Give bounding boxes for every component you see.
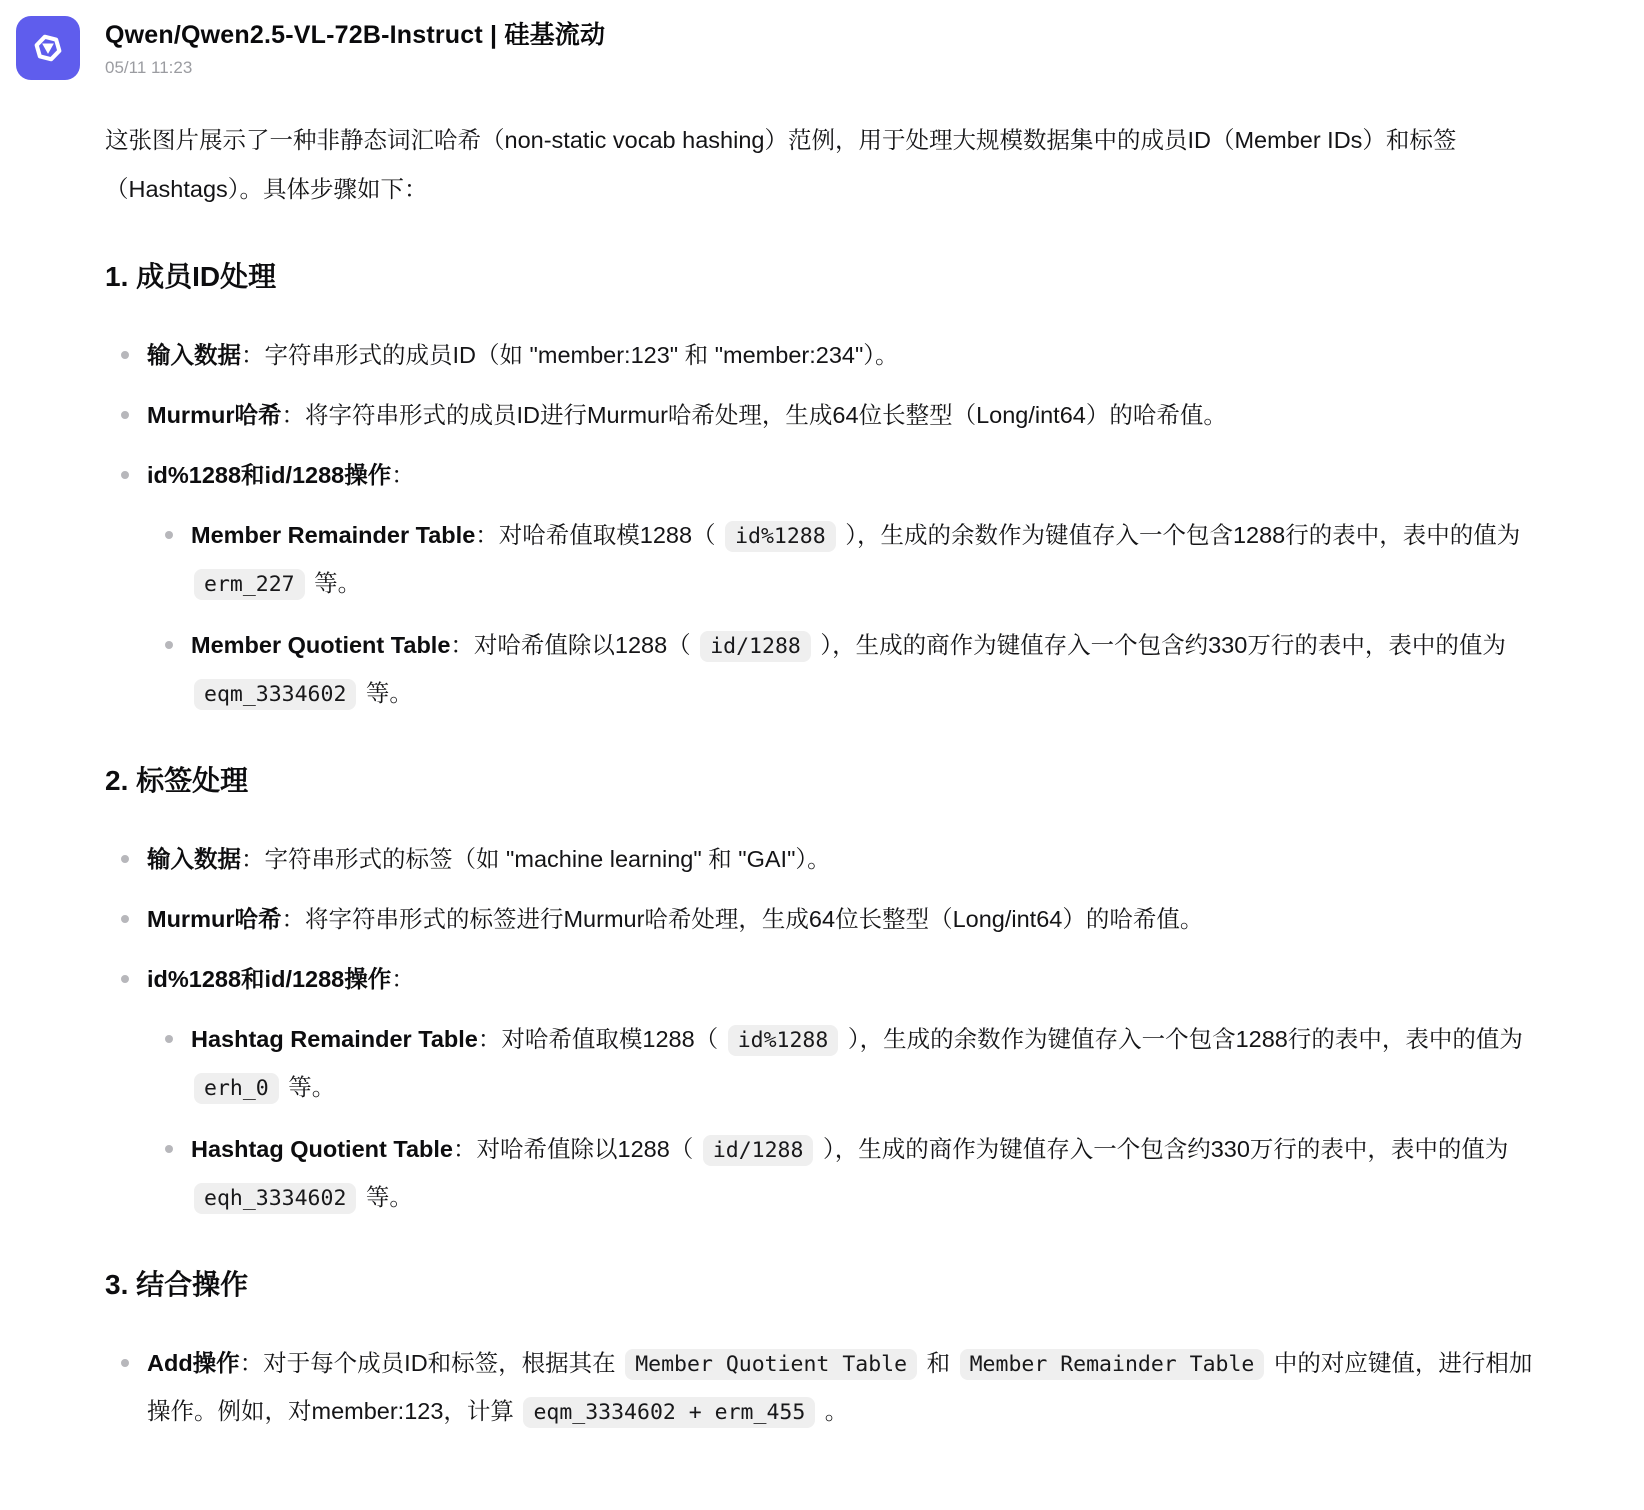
list-item-text: Add操作：对于每个成员ID和标签，根据其在 Member Quotient T… [147, 1340, 1545, 1436]
list-item-text: Murmur哈希：将字符串形式的成员ID进行Murmur哈希处理，生成64位长整… [147, 392, 1545, 438]
list-item: Hashtag Remainder Table：对哈希值取模1288（ id%1… [105, 1016, 1545, 1112]
list-item-text: Murmur哈希：将字符串形式的标签进行Murmur哈希处理，生成64位长整型（… [147, 896, 1545, 942]
list-item-text: 输入数据：字符串形式的标签（如 "machine learning" 和 "GA… [147, 836, 1545, 882]
bold-text: Hashtag Quotient Table [191, 1136, 453, 1162]
text-run: 等。 [282, 1074, 336, 1100]
text-run: ：对哈希值取模1288（ [478, 1026, 725, 1052]
bold-text: Murmur哈希 [147, 906, 281, 932]
inline-code: id%1288 [728, 1025, 839, 1056]
text-run: ：将字符串形式的成员ID进行Murmur哈希处理，生成64位长整型（Long/i… [281, 402, 1226, 428]
intro-paragraph: 这张图片展示了一种非静态词汇哈希（non-static vocab hashin… [105, 116, 1545, 214]
text-run: 等。 [359, 1184, 413, 1210]
list-item-text: Member Remainder Table：对哈希值取模1288（ id%12… [191, 512, 1545, 608]
list-item: Murmur哈希：将字符串形式的标签进行Murmur哈希处理，生成64位长整型（… [105, 896, 1545, 942]
message-timestamp: 05/11 11:23 [105, 58, 605, 78]
message-header: Qwen/Qwen2.5-VL-72B-Instruct | 硅基流动 05/1… [16, 16, 1545, 80]
bold-text: id%1288和id/1288操作 [147, 462, 391, 488]
list-item-text: id%1288和id/1288操作： [147, 956, 1545, 1002]
model-title: Qwen/Qwen2.5-VL-72B-Instruct | 硅基流动 [105, 20, 605, 50]
bold-text: Hashtag Remainder Table [191, 1026, 478, 1052]
text-run: ：将字符串形式的标签进行Murmur哈希处理，生成64位长整型（Long/int… [281, 906, 1203, 932]
bullet-icon [121, 956, 147, 1002]
text-run: ），生成的余数作为键值存入一个包含1288行的表中，表中的值为 [841, 1026, 1523, 1052]
text-run: ），生成的余数作为键值存入一个包含1288行的表中，表中的值为 [839, 522, 1521, 548]
inline-code: id/1288 [703, 1135, 814, 1166]
bold-text: id%1288和id/1288操作 [147, 966, 391, 992]
qwen-logo-icon [26, 26, 70, 70]
text-run: 。 [818, 1398, 848, 1424]
text-run: ：字符串形式的成员ID（如 "member:123" 和 "member:234… [241, 342, 899, 368]
bold-text: Murmur哈希 [147, 402, 281, 428]
text-run: ），生成的商作为键值存入一个包含约330万行的表中，表中的值为 [814, 632, 1506, 658]
text-run: ： [391, 462, 415, 488]
text-run: ：对哈希值除以1288（ [450, 632, 697, 658]
bullet-icon [165, 512, 191, 608]
list-item-text: Hashtag Quotient Table：对哈希值除以1288（ id/12… [191, 1126, 1545, 1222]
inline-code: eqm_3334602 + erm_455 [523, 1397, 815, 1428]
bullet-icon [121, 392, 147, 438]
text-run: ），生成的商作为键值存入一个包含约330万行的表中，表中的值为 [816, 1136, 1508, 1162]
text-run: ：对哈希值除以1288（ [453, 1136, 700, 1162]
bullet-icon [165, 1126, 191, 1222]
chat-message-view: Qwen/Qwen2.5-VL-72B-Instruct | 硅基流动 05/1… [0, 0, 1644, 1510]
inline-code: eqm_3334602 [194, 679, 356, 710]
bullet-icon [165, 1016, 191, 1112]
bullet-list: Add操作：对于每个成员ID和标签，根据其在 Member Quotient T… [105, 1340, 1545, 1436]
bold-text: 输入数据 [147, 342, 241, 368]
text-run: 等。 [308, 570, 362, 596]
list-item: 输入数据：字符串形式的成员ID（如 "member:123" 和 "member… [105, 332, 1545, 378]
inline-code: id/1288 [700, 631, 811, 662]
list-item: 输入数据：字符串形式的标签（如 "machine learning" 和 "GA… [105, 836, 1545, 882]
bullet-list: 输入数据：字符串形式的标签（如 "machine learning" 和 "GA… [105, 836, 1545, 1222]
list-item: Member Remainder Table：对哈希值取模1288（ id%12… [105, 512, 1545, 608]
text-run: ： [391, 966, 415, 992]
inline-code: id%1288 [725, 521, 836, 552]
model-avatar [16, 16, 80, 80]
bullet-icon [121, 332, 147, 378]
inline-code: eqh_3334602 [194, 1183, 356, 1214]
inline-code: erh_0 [194, 1073, 279, 1104]
list-item: id%1288和id/1288操作： [105, 956, 1545, 1002]
list-item: id%1288和id/1288操作： [105, 452, 1545, 498]
bullet-icon [121, 896, 147, 942]
bullet-icon [121, 836, 147, 882]
list-item-text: Hashtag Remainder Table：对哈希值取模1288（ id%1… [191, 1016, 1545, 1112]
message-body: 这张图片展示了一种非静态词汇哈希（non-static vocab hashin… [105, 116, 1545, 1436]
list-item: Murmur哈希：将字符串形式的成员ID进行Murmur哈希处理，生成64位长整… [105, 392, 1545, 438]
section-heading: 3. 结合操作 [105, 1268, 1545, 1302]
list-item: Add操作：对于每个成员ID和标签，根据其在 Member Quotient T… [105, 1340, 1545, 1436]
text-run: ：对哈希值取模1288（ [475, 522, 722, 548]
bold-text: Member Quotient Table [191, 632, 450, 658]
text-run: 和 [920, 1350, 957, 1376]
text-run: ：对于每个成员ID和标签，根据其在 [240, 1350, 623, 1376]
section-heading: 2. 标签处理 [105, 764, 1545, 798]
bold-text: 输入数据 [147, 846, 241, 872]
inline-code: erm_227 [194, 569, 305, 600]
section-heading: 1. 成员ID处理 [105, 260, 1545, 294]
list-item-text: id%1288和id/1288操作： [147, 452, 1545, 498]
bullet-icon [165, 622, 191, 718]
list-item-text: Member Quotient Table：对哈希值除以1288（ id/128… [191, 622, 1545, 718]
bullet-list: 输入数据：字符串形式的成员ID（如 "member:123" 和 "member… [105, 332, 1545, 718]
list-item: Hashtag Quotient Table：对哈希值除以1288（ id/12… [105, 1126, 1545, 1222]
text-run: 等。 [359, 680, 413, 706]
message-header-text: Qwen/Qwen2.5-VL-72B-Instruct | 硅基流动 05/1… [105, 16, 605, 78]
bold-text: Add操作 [147, 1350, 240, 1376]
bold-text: Member Remainder Table [191, 522, 475, 548]
inline-code: Member Remainder Table [960, 1349, 1265, 1380]
bullet-icon [121, 452, 147, 498]
inline-code: Member Quotient Table [625, 1349, 917, 1380]
list-item: Member Quotient Table：对哈希值除以1288（ id/128… [105, 622, 1545, 718]
bullet-icon [121, 1340, 147, 1436]
text-run: ：字符串形式的标签（如 "machine learning" 和 "GAI"）。 [241, 846, 831, 872]
list-item-text: 输入数据：字符串形式的成员ID（如 "member:123" 和 "member… [147, 332, 1545, 378]
